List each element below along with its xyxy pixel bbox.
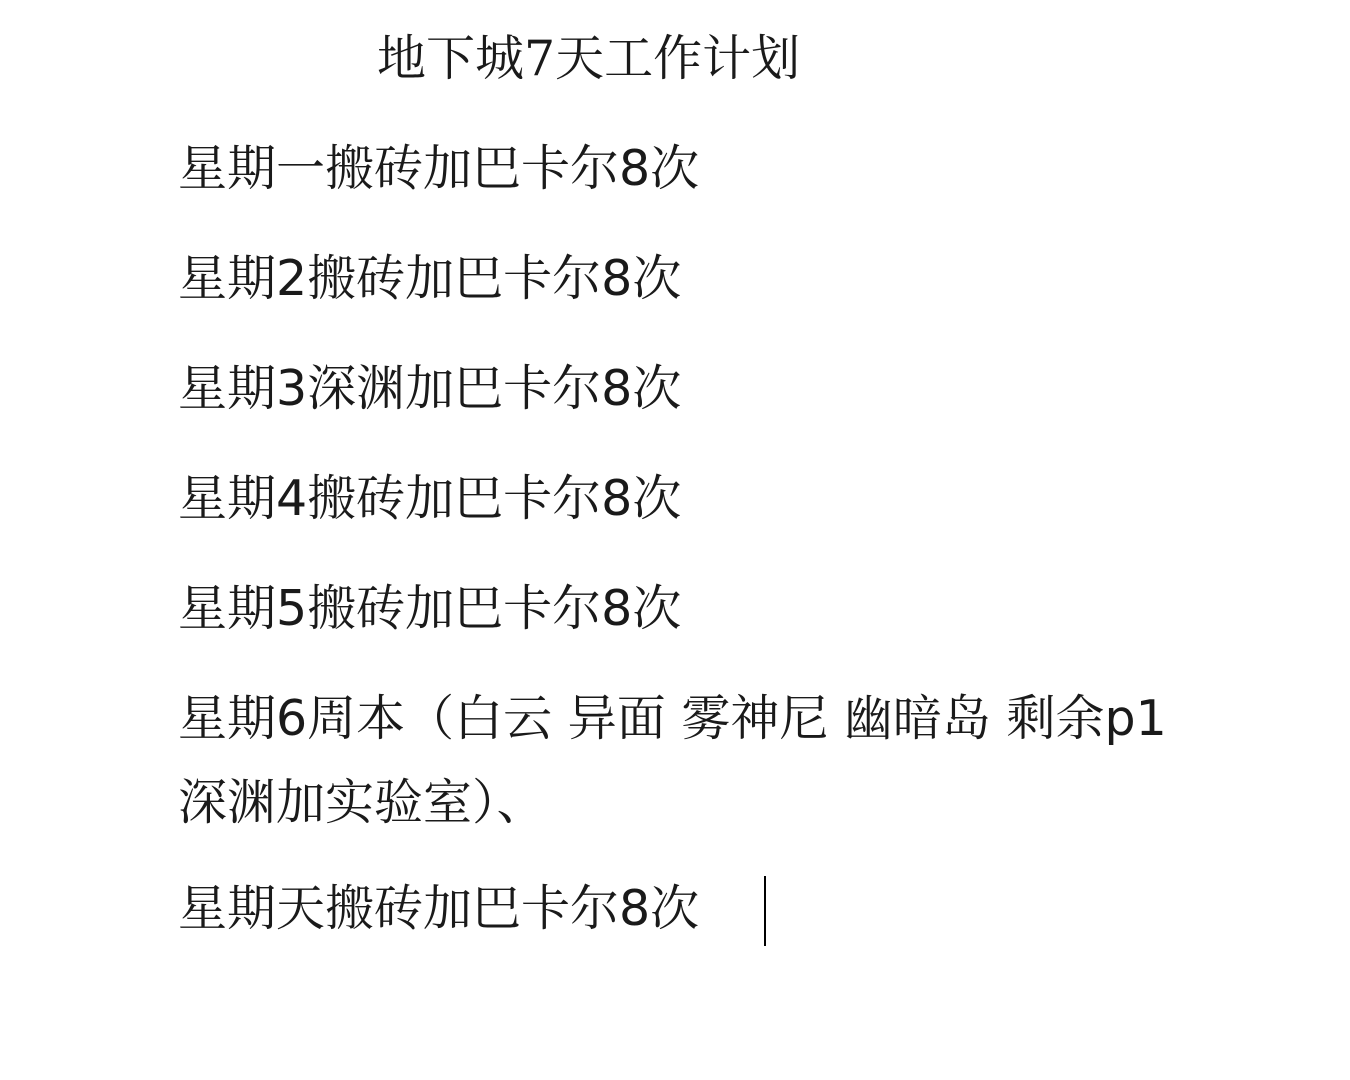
plan-line-wednesday: 星期3深渊加巴卡尔8次 <box>178 358 681 420</box>
plan-line-friday: 星期5搬砖加巴卡尔8次 <box>178 578 681 640</box>
plan-line-saturday: 星期6周本（白云 异面 雾神尼 幽暗岛 剩余p1 <box>178 688 1167 750</box>
plan-line-tuesday: 星期2搬砖加巴卡尔8次 <box>178 248 681 310</box>
text-cursor <box>764 876 766 946</box>
plan-line-saturday-continued: 深渊加实验室）、 <box>178 772 546 834</box>
plan-line-monday: 星期一搬砖加巴卡尔8次 <box>178 138 699 200</box>
document-title: 地下城7天工作计划 <box>377 28 800 90</box>
plan-line-sunday: 星期天搬砖加巴卡尔8次 <box>178 878 699 940</box>
plan-line-thursday: 星期4搬砖加巴卡尔8次 <box>178 468 681 530</box>
document-page[interactable]: 地下城7天工作计划 星期一搬砖加巴卡尔8次 星期2搬砖加巴卡尔8次 星期3深渊加… <box>0 0 1350 1080</box>
